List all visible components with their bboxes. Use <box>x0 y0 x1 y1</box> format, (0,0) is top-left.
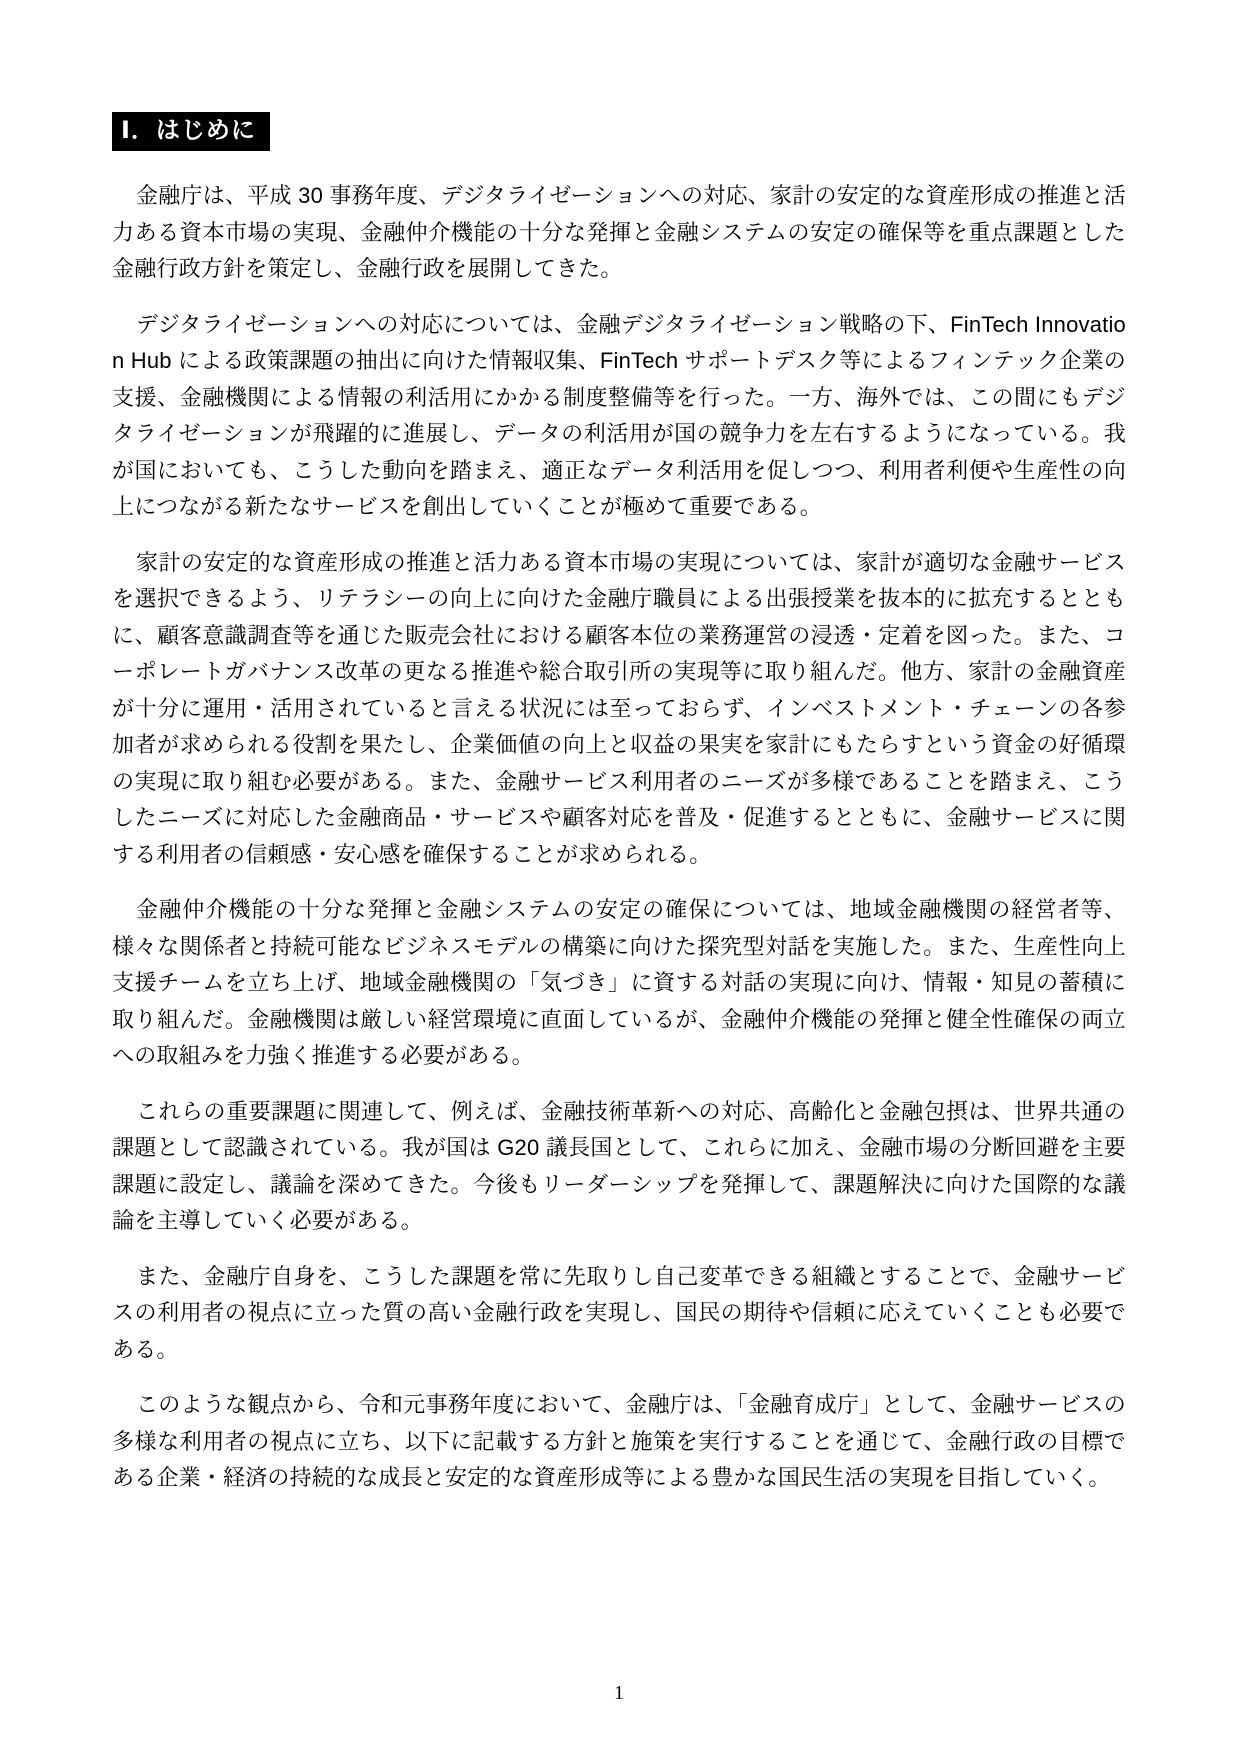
document-page: Ⅰ．はじめに 金融庁は、平成 30 事務年度、デジタライゼーションへの対応、家計… <box>0 0 1241 1754</box>
paragraph: これらの重要課題に関連して、例えば、金融技術革新への対応、高齢化と金融包摂は、世… <box>112 1094 1126 1240</box>
paragraph: このような観点から、令和元事務年度において、金融庁は、「金融育成庁」として、金融… <box>112 1387 1126 1497</box>
page-content: Ⅰ．はじめに 金融庁は、平成 30 事務年度、デジタライゼーションへの対応、家計… <box>112 112 1126 1497</box>
page-number: 1 <box>112 1682 1126 1705</box>
paragraph: デジタライゼーションへの対応については、金融デジタライゼーション戦略の下、Fin… <box>112 307 1126 526</box>
paragraph: 家計の安定的な資産形成の推進と活力ある資本市場の実現については、家計が適切な金融… <box>112 545 1126 874</box>
body-text: 金融庁は、平成 30 事務年度、デジタライゼーションへの対応、家計の安定的な資産… <box>112 178 1126 1497</box>
paragraph: 金融仲介機能の十分な発揮と金融システムの安定の確保については、地域金融機関の経営… <box>112 892 1126 1075</box>
section-heading: Ⅰ．はじめに <box>112 112 270 151</box>
paragraph: また、金融庁自身を、こうした課題を常に先取りし自己変革できる組織とすることで、金… <box>112 1259 1126 1369</box>
paragraph: 金融庁は、平成 30 事務年度、デジタライゼーションへの対応、家計の安定的な資産… <box>112 178 1126 288</box>
